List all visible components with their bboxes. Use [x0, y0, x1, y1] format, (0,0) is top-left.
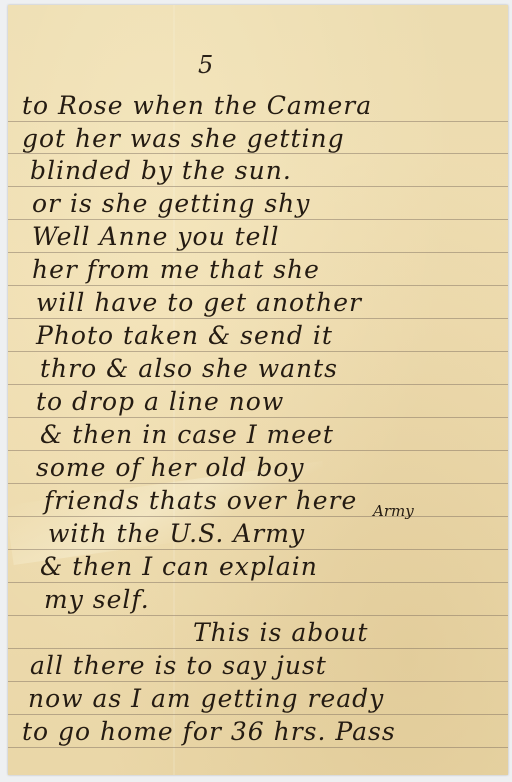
letter-line: This is about — [193, 618, 368, 647]
letter-line: all there is to say just — [30, 651, 327, 680]
letter-line: blinded by the sun. — [30, 156, 292, 185]
letter-line: my self. — [44, 585, 150, 614]
ruled-line — [8, 450, 508, 451]
letter-line: her from me that she — [32, 255, 320, 284]
page-number: 5 — [198, 51, 213, 79]
letter-line: to go home for 36 hrs. Pass — [22, 717, 396, 746]
ruled-line — [8, 582, 508, 583]
letter-line: to Rose when the Camera — [22, 91, 372, 120]
letter-line: got her was she getting — [22, 124, 345, 153]
letter-line: to drop a line now — [36, 387, 284, 416]
ruled-line — [8, 153, 508, 154]
ruled-line — [8, 186, 508, 187]
letter-line: & then in case I meet — [40, 420, 334, 449]
ruled-line — [8, 483, 508, 484]
ruled-line — [8, 747, 508, 748]
letter-text: with the U.S. Army — [48, 519, 305, 548]
letter-line: will have to get another — [36, 288, 362, 317]
letter-line: thro & also she wants — [40, 354, 338, 383]
inserted-correction: Army — [373, 502, 414, 520]
ruled-line — [8, 252, 508, 253]
ruled-line — [8, 648, 508, 649]
letter-line: now as I am getting ready — [28, 684, 384, 713]
ruled-line — [8, 121, 508, 122]
ruled-line — [8, 615, 508, 616]
ruled-line — [8, 417, 508, 418]
letter-line: or is she getting shy — [32, 189, 310, 218]
letter-line: some of her old boy — [36, 453, 305, 482]
ruled-line — [8, 351, 508, 352]
ruled-line — [8, 681, 508, 682]
letter-line: Photo taken & send it — [36, 321, 333, 350]
ruled-line — [8, 219, 508, 220]
ruled-line — [8, 384, 508, 385]
letter-line: Well Anne you tell — [32, 222, 279, 251]
ruled-line — [8, 318, 508, 319]
letter-line: with the U.S. Army — [48, 519, 305, 548]
letter-line: friends thats over here — [44, 486, 357, 515]
ruled-line — [8, 549, 508, 550]
ruled-line — [8, 516, 508, 517]
letter-line: & then I can explain — [40, 552, 318, 581]
ruled-line — [8, 285, 508, 286]
letter-page: 5 to Rose when the Camera got her was sh… — [8, 5, 508, 775]
ruled-line — [8, 714, 508, 715]
